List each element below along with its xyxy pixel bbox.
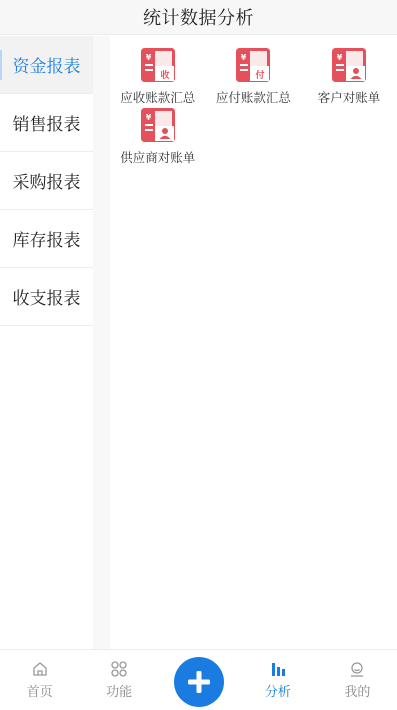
- sidebar-item-label: 库存报表: [13, 226, 81, 251]
- sidebar-item-label: 销售报表: [13, 110, 81, 135]
- home-icon: [31, 660, 49, 678]
- sidebar-gutter: [93, 36, 110, 649]
- receivable-icon: ¥ 收: [141, 48, 175, 82]
- sidebar-item-income-expense-report[interactable]: 收支报表: [0, 268, 93, 326]
- page-title: 统计数据分析: [143, 4, 254, 30]
- sidebar-item-inventory-report[interactable]: 库存报表: [0, 210, 93, 268]
- tab-analysis[interactable]: 分析: [238, 650, 317, 710]
- svg-text:¥: ¥: [146, 53, 152, 62]
- report-content: ¥ 收 应收账款汇总 ¥ 付 应付账款汇总: [110, 36, 397, 649]
- tab-label: 我的: [344, 681, 370, 700]
- supplier-statement-icon: ¥: [141, 108, 175, 142]
- payable-icon: ¥ 付: [236, 48, 270, 82]
- report-label: 应收账款汇总: [120, 88, 195, 106]
- bar-chart-icon: [269, 660, 287, 678]
- add-button[interactable]: [174, 657, 224, 707]
- sidebar-item-label: 资金报表: [13, 52, 81, 77]
- tab-profile[interactable]: 我的: [318, 650, 397, 710]
- report-label: 客户对账单: [318, 88, 381, 106]
- sidebar-item-purchase-report[interactable]: 采购报表: [0, 152, 93, 210]
- tab-add-wrapper: [159, 650, 238, 710]
- bottom-tab-bar: 首页 功能 分析: [0, 649, 397, 710]
- profile-icon: [348, 660, 366, 678]
- svg-text:¥: ¥: [241, 53, 247, 62]
- svg-text:收: 收: [160, 69, 170, 81]
- sidebar: 资金报表 销售报表 采购报表 库存报表 收支报表: [0, 36, 93, 649]
- customer-statement-icon: ¥: [332, 48, 366, 82]
- sidebar-item-label: 采购报表: [13, 168, 81, 193]
- tab-home[interactable]: 首页: [0, 650, 79, 710]
- report-receivable-summary[interactable]: ¥ 收 应收账款汇总: [110, 48, 206, 108]
- sidebar-item-label: 收支报表: [13, 284, 81, 309]
- tab-label: 分析: [265, 681, 291, 700]
- tab-label: 首页: [27, 681, 53, 700]
- app-root: 统计数据分析 资金报表 销售报表 采购报表 库存报表 收支报表 ¥: [0, 0, 397, 710]
- report-label: 供应商对账单: [120, 148, 195, 166]
- plus-icon: [187, 670, 211, 694]
- sidebar-item-sales-report[interactable]: 销售报表: [0, 94, 93, 152]
- tab-label: 功能: [106, 681, 132, 700]
- svg-text:付: 付: [256, 69, 265, 81]
- report-customer-statement[interactable]: ¥ 客户对账单: [301, 48, 397, 108]
- svg-text:¥: ¥: [146, 113, 152, 122]
- report-payable-summary[interactable]: ¥ 付 应付账款汇总: [206, 48, 302, 108]
- report-label: 应付账款汇总: [216, 88, 291, 106]
- report-grid: ¥ 收 应收账款汇总 ¥ 付 应付账款汇总: [110, 36, 397, 168]
- header: 统计数据分析: [0, 0, 397, 35]
- tab-functions[interactable]: 功能: [79, 650, 158, 710]
- grid-icon: [110, 660, 128, 678]
- sidebar-item-fund-report[interactable]: 资金报表: [0, 36, 93, 94]
- svg-text:¥: ¥: [337, 53, 343, 62]
- report-supplier-statement[interactable]: ¥ 供应商对账单: [110, 108, 206, 168]
